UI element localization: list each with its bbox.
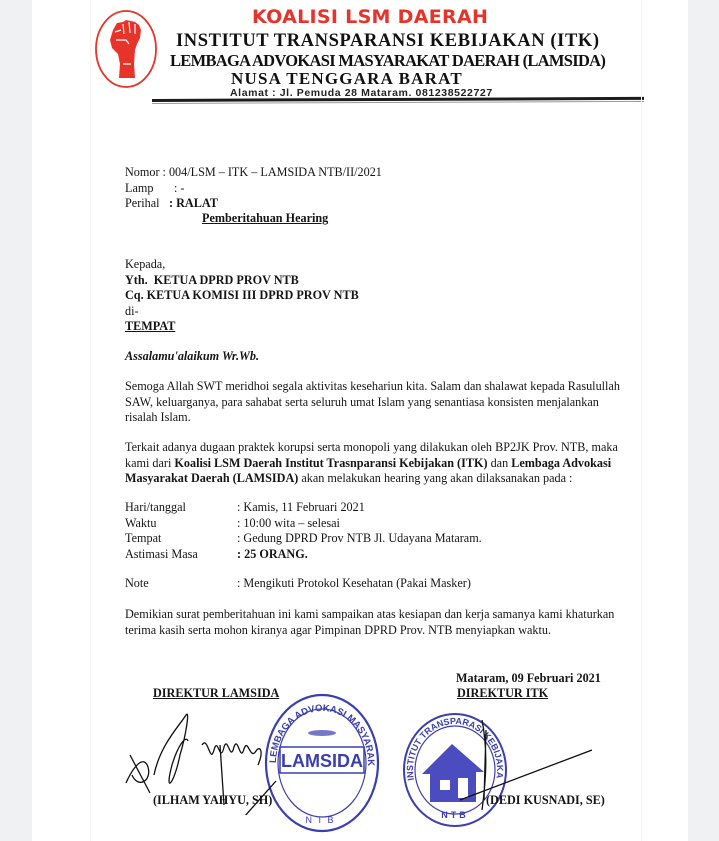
paragraph-purpose: Terkait adanya dugaan praktek korupsi se…	[125, 440, 625, 487]
recipient-line-3: di-	[125, 304, 359, 320]
detail-row: Tempat: Gedung DPRD Prov NTB Jl. Udayana…	[125, 531, 482, 547]
note-label: Note	[125, 576, 237, 592]
org-line-region: NUSA TENGGARA BARAT	[231, 69, 463, 89]
svg-text:NTB: NTB	[306, 815, 339, 825]
paragraph-opening: Semoga Allah SWT meridhoi segala aktivit…	[125, 379, 625, 426]
detail-row: Waktu: 10:00 wita – selesai	[125, 516, 482, 532]
purpose-text-2: dan	[488, 456, 512, 470]
nomor-value: : 004/LSM – ITK – LAMSIDA NTB/II/2021	[163, 165, 382, 181]
signer-right-title: DIREKTUR ITK	[457, 686, 548, 702]
detail-row: Hari/tanggal: Kamis, 11 Februari 2021	[125, 500, 482, 516]
purpose-text-3: akan melakukan hearing yang akan dilaksa…	[298, 471, 572, 485]
salutation: Assalamu'alaikum Wr.Wb.	[125, 349, 259, 365]
note-row: Note: Mengikuti Protokol Kesehatan (Paka…	[125, 576, 471, 592]
place-date: Mataram, 09 Februari 2021	[456, 671, 601, 687]
letter-page: KOALISI LSM DAERAH INSTITUT TRANSPARANSI…	[32, 0, 688, 841]
lamp-value: : -	[174, 181, 185, 197]
note-value: : Mengikuti Protokol Kesehatan (Pakai Ma…	[237, 576, 471, 592]
recipient-place: TEMPAT	[125, 319, 359, 335]
org-title: KOALISI LSM DAERAH	[252, 6, 488, 28]
org-line-lamsida: LEMBAGA ADVOKASI MASYARAKAT DAERAH (LAMS…	[170, 51, 605, 71]
recipient-line-2: Cq. KETUA KOMISI III DPRD PROV NTB	[125, 288, 359, 304]
hearing-details: Hari/tanggal: Kamis, 11 Februari 2021 Wa…	[125, 500, 482, 562]
perihal-subject: Pemberitahuan Hearing	[202, 211, 328, 227]
recipient-block: Kepada, Yth. KETUA DPRD PROV NTB Cq. KET…	[125, 257, 359, 335]
nomor-label: Nomor	[125, 165, 160, 181]
purpose-org-itk: Koalisi LSM Daerah Institut Trasnparansi…	[174, 456, 487, 470]
perihal-label: Perihal	[125, 196, 169, 212]
signer-left-name: (ILHAM YAHYU, SH)	[153, 793, 272, 809]
recipient-line-1: Yth. KETUA DPRD PROV NTB	[125, 273, 359, 289]
lamp-label: Lamp	[125, 181, 174, 197]
org-line-itk: INSTITUT TRANSPARANSI KEBIJAKAN (ITK)	[176, 31, 600, 52]
raised-fist-icon	[93, 8, 159, 90]
perihal-value: : RALAT	[169, 196, 218, 212]
detail-row: Astimasi Masa: 25 ORANG.	[125, 547, 482, 563]
signer-right-name: (DEDI KUSNADI, SE)	[486, 793, 605, 809]
recipient-greeting: Kepada,	[125, 257, 359, 273]
letter-meta: Nomor: 004/LSM – ITK – LAMSIDA NTB/II/20…	[125, 165, 382, 212]
paragraph-closing: Demikian surat pemberitahuan ini kami sa…	[125, 607, 625, 638]
